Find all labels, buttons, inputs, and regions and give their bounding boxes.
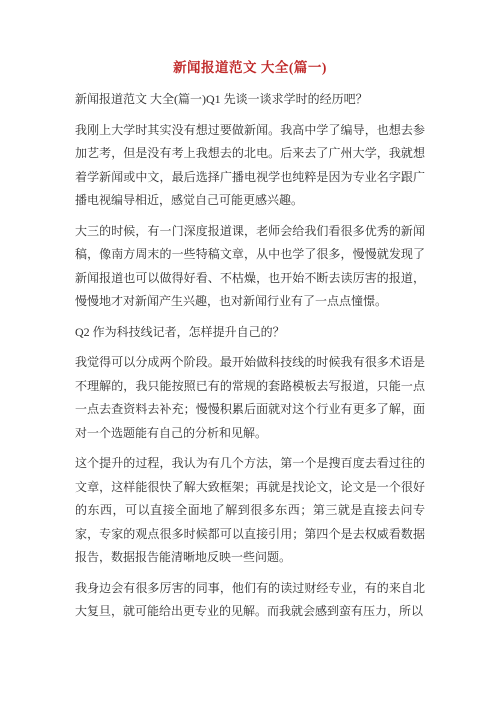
document-page: 新闻报道范文 大全(篇一) 新闻报道范文 大全(篇一)Q1 先谈一谈求学时的经历… xyxy=(0,0,500,707)
document-title: 新闻报道范文 大全(篇一) xyxy=(75,58,425,78)
paragraph-q2-answer-3: 我身边会有很多厉害的同事，他们有的读过财经专业，有的来自北大复旦，就可能给出更专… xyxy=(75,577,425,624)
paragraph-q1-answer-2: 大三的时候，有一门深度报道课，老师会给我们看很多优秀的新闻稿，像南方周末的一些特… xyxy=(75,220,425,314)
paragraph-q2-answer-1: 我觉得可以分成两个阶段。最开始做科技线的时候我有很多术语是不理解的，我只能按照已… xyxy=(75,351,425,445)
document-content: 新闻报道范文 大全(篇一) 新闻报道范文 大全(篇一)Q1 先谈一谈求学时的经历… xyxy=(0,0,500,624)
paragraph-q1-heading: 新闻报道范文 大全(篇一)Q1 先谈一谈求学时的经历吧？ xyxy=(75,88,425,112)
paragraph-q1-answer-1: 我刚上大学时其实没有想过要做新闻。我高中学了编导，也想去参加艺考，但是没有考上我… xyxy=(75,119,425,213)
paragraph-q2-heading: Q2 作为科技线记者，怎样提升自己的？ xyxy=(75,321,425,345)
paragraph-q2-answer-2: 这个提升的过程，我认为有几个方法，第一个是搜百度去看过往的文章，这样能很快了解大… xyxy=(75,452,425,570)
